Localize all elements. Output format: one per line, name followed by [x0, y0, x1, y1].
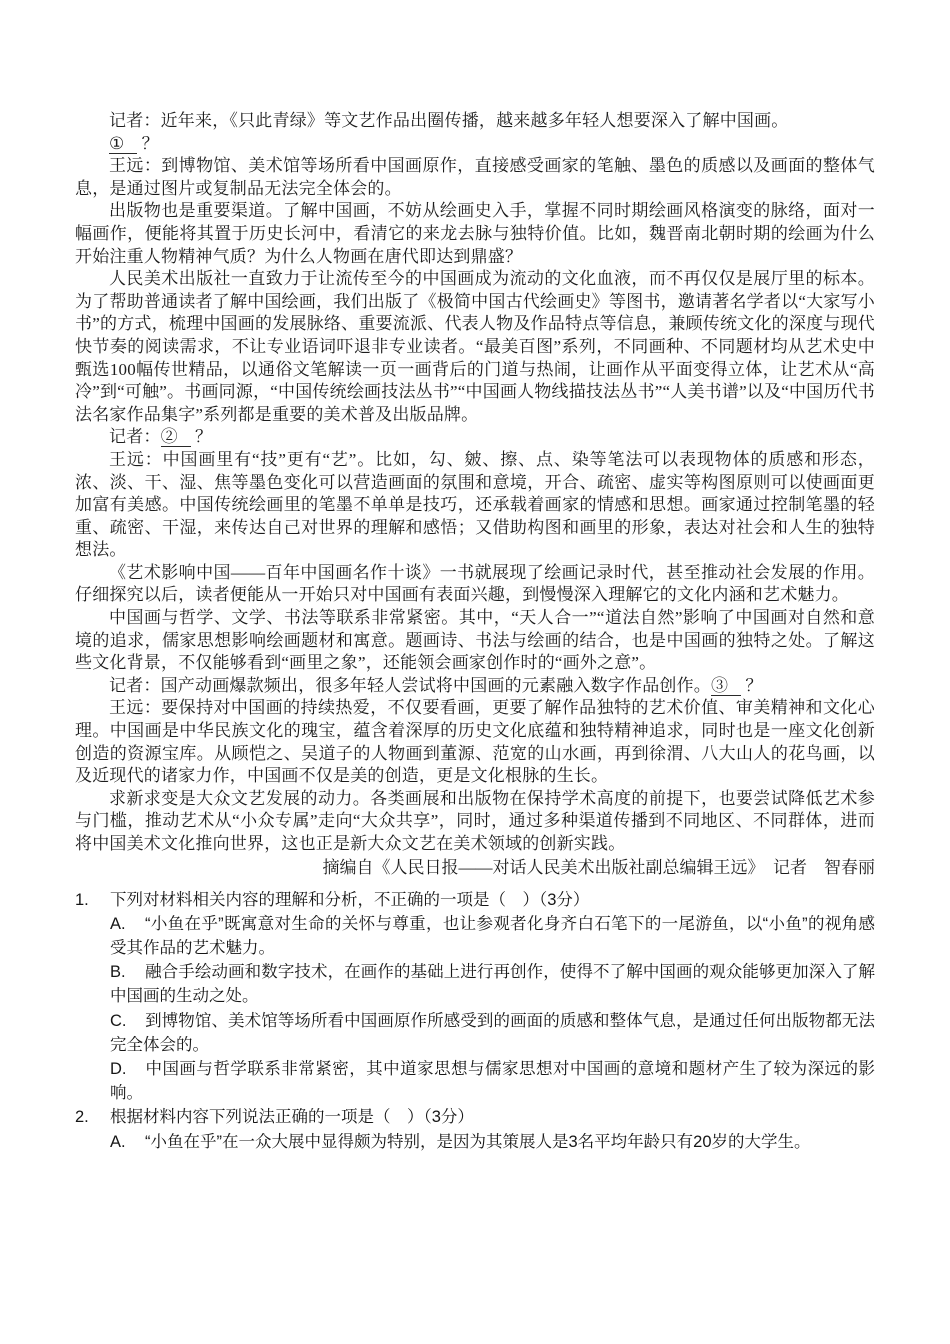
paragraph-text: 人民美术出版社一直致力于让流传至今的中国画成为流动的文化血液，而不再仅仅是展厅里…: [75, 269, 875, 424]
paragraph-text: 王远：中国画里有“技”更有“艺”。比如，勾、皴、擦、点、染等笔法可以表现物体的质…: [75, 450, 875, 559]
paragraph-text: 记者：国产动画爆款频出，很多年轻人尝试将中国画的元素融入数字作品创作。: [109, 676, 711, 695]
article-paragraph: 王远：要保持对中国画的持续热爱，不仅要看画，更要了解作品独特的艺术价值、审美精神…: [75, 697, 875, 787]
paragraph-text: 《艺术影响中国——百年中国画名作十谈》一书就展现了绘画记录时代，甚至推动社会发展…: [75, 563, 875, 605]
page-content: 记者：近年来，《只此青绿》等文艺作品出圈传播，越来越多年轻人想要深入了解中国画。…: [75, 110, 875, 1154]
blank-circled-number: ②: [161, 427, 191, 447]
blank-circled-number: ③: [711, 676, 741, 696]
article-paragraph: 出版物也是重要渠道。了解中国画，不妨从绘画史入手，掌握不同时期绘画风格演变的脉络…: [75, 200, 875, 268]
exam-page: 记者：近年来，《只此青绿》等文艺作品出圈传播，越来越多年轻人想要深入了解中国画。…: [0, 0, 950, 1344]
answer-option: C.到博物馆、美术馆等场所看中国画原作所感受到的画面的质感和整体气息，是通过任何…: [75, 1009, 875, 1057]
option-text: 中国画与哲学联系非常紧密，其中道家思想与儒家思想对中国画的意境和题材产生了较为深…: [110, 1060, 875, 1102]
answer-option: B.融合手绘动画和数字技术，在画作的基础上进行再创作，使得不了解中国画的观众能够…: [75, 960, 875, 1008]
question-stem-text: 下列对材料相关内容的理解和分析，不正确的一项是（ ）（3分）: [110, 891, 589, 909]
article-paragraph: 《艺术影响中国——百年中国画名作十谈》一书就展现了绘画记录时代，甚至推动社会发展…: [75, 562, 875, 607]
article-paragraph: ① ？: [75, 133, 875, 156]
paragraph-text: ？: [191, 427, 213, 446]
answer-option: A.“小鱼在乎”既寓意对生命的关怀与尊重，也让参观者化身齐白石笔下的一尾游鱼，以…: [75, 912, 875, 960]
paragraph-text: 记者：近年来，《只此青绿》等文艺作品出圈传播，越来越多年轻人想要深入了解中国画。: [109, 111, 789, 130]
option-text: “小鱼在乎”在一众大展中显得颇为特别，是因为其策展人是3名平均年龄只有20岁的大…: [145, 1133, 811, 1151]
option-text: 融合手绘动画和数字技术，在画作的基础上进行再创作，使得不了解中国画的观众能够更加…: [110, 963, 875, 1005]
interview-article: 记者：近年来，《只此青绿》等文艺作品出圈传播，越来越多年轻人想要深入了解中国画。…: [75, 110, 875, 856]
option-label: B.: [110, 960, 145, 984]
article-paragraph: 王远：中国画里有“技”更有“艺”。比如，勾、皴、擦、点、染等笔法可以表现物体的质…: [75, 449, 875, 562]
paragraph-text: 求新求变是大众文艺发展的动力。各类画展和出版物在保持学术高度的前提下，也要尝试降…: [75, 789, 875, 853]
paragraph-text: 王远：要保持对中国画的持续热爱，不仅要看画，更要了解作品独特的艺术价值、审美精神…: [75, 698, 875, 785]
article-paragraph: 中国画与哲学、文学、书法等联系非常紧密。其中，“天人合一”“道法自然”影响了中国…: [75, 607, 875, 675]
paragraph-text: ？: [741, 676, 763, 695]
answer-option: D.中国画与哲学联系非常紧密，其中道家思想与儒家思想对中国画的意境和题材产生了较…: [75, 1057, 875, 1105]
question-section: 1.下列对材料相关内容的理解和分析，不正确的一项是（ ）（3分）A.“小鱼在乎”…: [75, 888, 875, 1154]
question-number: 2.: [75, 1105, 110, 1129]
source-attribution: 摘编自《人民日报——对话人民美术出版社副总编辑王远》 记者 智春丽: [75, 856, 875, 880]
paragraph-text: 出版物也是重要渠道。了解中国画，不妨从绘画史入手，掌握不同时期绘画风格演变的脉络…: [75, 201, 875, 265]
article-paragraph: 记者：② ？: [75, 426, 875, 449]
option-label: A.: [110, 912, 145, 936]
blank-circled-number: ①: [109, 134, 137, 154]
option-label: D.: [110, 1057, 145, 1081]
paragraph-text: 王远：到博物馆、美术馆等场所看中国画原作，直接感受画家的笔触、墨色的质感以及画面…: [75, 156, 875, 198]
option-label: C.: [110, 1009, 145, 1033]
paragraph-text: 记者：: [109, 427, 161, 446]
paragraph-text: ？: [137, 134, 159, 153]
question-stem: 1.下列对材料相关内容的理解和分析，不正确的一项是（ ）（3分）: [75, 888, 875, 912]
article-paragraph: 记者：近年来，《只此青绿》等文艺作品出圈传播，越来越多年轻人想要深入了解中国画。: [75, 110, 875, 133]
option-label: A.: [110, 1130, 145, 1154]
article-paragraph: 人民美术出版社一直致力于让流传至今的中国画成为流动的文化血液，而不再仅仅是展厅里…: [75, 268, 875, 426]
article-paragraph: 王远：到博物馆、美术馆等场所看中国画原作，直接感受画家的笔触、墨色的质感以及画面…: [75, 155, 875, 200]
option-text: “小鱼在乎”既寓意对生命的关怀与尊重，也让参观者化身齐白石笔下的一尾游鱼，以“小…: [110, 915, 875, 957]
question-number: 1.: [75, 888, 110, 912]
article-paragraph: 求新求变是大众文艺发展的动力。各类画展和出版物在保持学术高度的前提下，也要尝试降…: [75, 788, 875, 856]
answer-option: A.“小鱼在乎”在一众大展中显得颇为特别，是因为其策展人是3名平均年龄只有20岁…: [75, 1130, 875, 1154]
option-text: 到博物馆、美术馆等场所看中国画原作所感受到的画面的质感和整体气息，是通过任何出版…: [110, 1012, 875, 1054]
question-stem-text: 根据材料内容下列说法正确的一项是（ ）（3分）: [110, 1108, 474, 1126]
question-stem: 2.根据材料内容下列说法正确的一项是（ ）（3分）: [75, 1105, 875, 1129]
article-paragraph: 记者：国产动画爆款频出，很多年轻人尝试将中国画的元素融入数字作品创作。③ ？: [75, 675, 875, 698]
paragraph-text: 中国画与哲学、文学、书法等联系非常紧密。其中，“天人合一”“道法自然”影响了中国…: [75, 608, 875, 672]
